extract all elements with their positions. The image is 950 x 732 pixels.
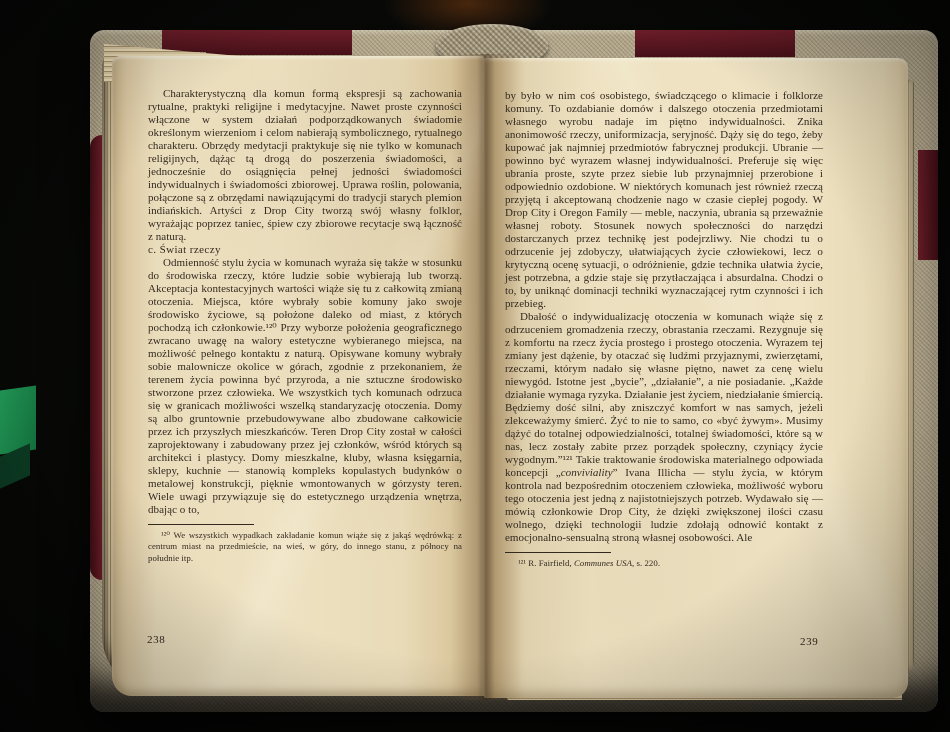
italic-term: conviviality (561, 467, 613, 479)
footnote: ¹²¹ R. Fairfield, Communes USA, s. 220. (505, 558, 823, 569)
section-heading: c. Świat rzeczy (148, 244, 462, 257)
page-number-left: 238 (147, 634, 165, 646)
footnote-book-title: Communes USA (574, 558, 632, 568)
footnote-rule (148, 524, 254, 525)
background-object-green (0, 385, 36, 454)
paragraph: Dbałość o indywidualizację otoczenia w k… (505, 311, 823, 545)
paragraph: by było w nim coś osobistego, świadczące… (505, 90, 823, 311)
left-page-text: Charakterystyczną dla komun formą ekspre… (148, 88, 462, 564)
footnote-text: , s. 220. (632, 558, 660, 568)
page-number-right: 239 (800, 636, 818, 648)
footnote: ¹²⁰ We wszystkich wypadkach zakładanie k… (148, 530, 462, 564)
footnote-text: ¹²¹ R. Fairfield, (518, 558, 574, 568)
paragraph: Charakterystyczną dla komun formą ekspre… (148, 88, 462, 244)
paragraph: Odmienność stylu życia w komunach wyraża… (148, 257, 462, 517)
paragraph-text: Dbałość o indywidualizację otoczenia w k… (505, 311, 823, 479)
leather-trim-right-edge (918, 150, 938, 260)
book-photo-scene: Charakterystyczną dla komun formą ekspre… (0, 0, 950, 732)
leather-trim-top-right (635, 30, 795, 57)
footnote-rule (505, 552, 611, 553)
right-page-text: by było w nim coś osobistego, świadczące… (505, 90, 823, 569)
